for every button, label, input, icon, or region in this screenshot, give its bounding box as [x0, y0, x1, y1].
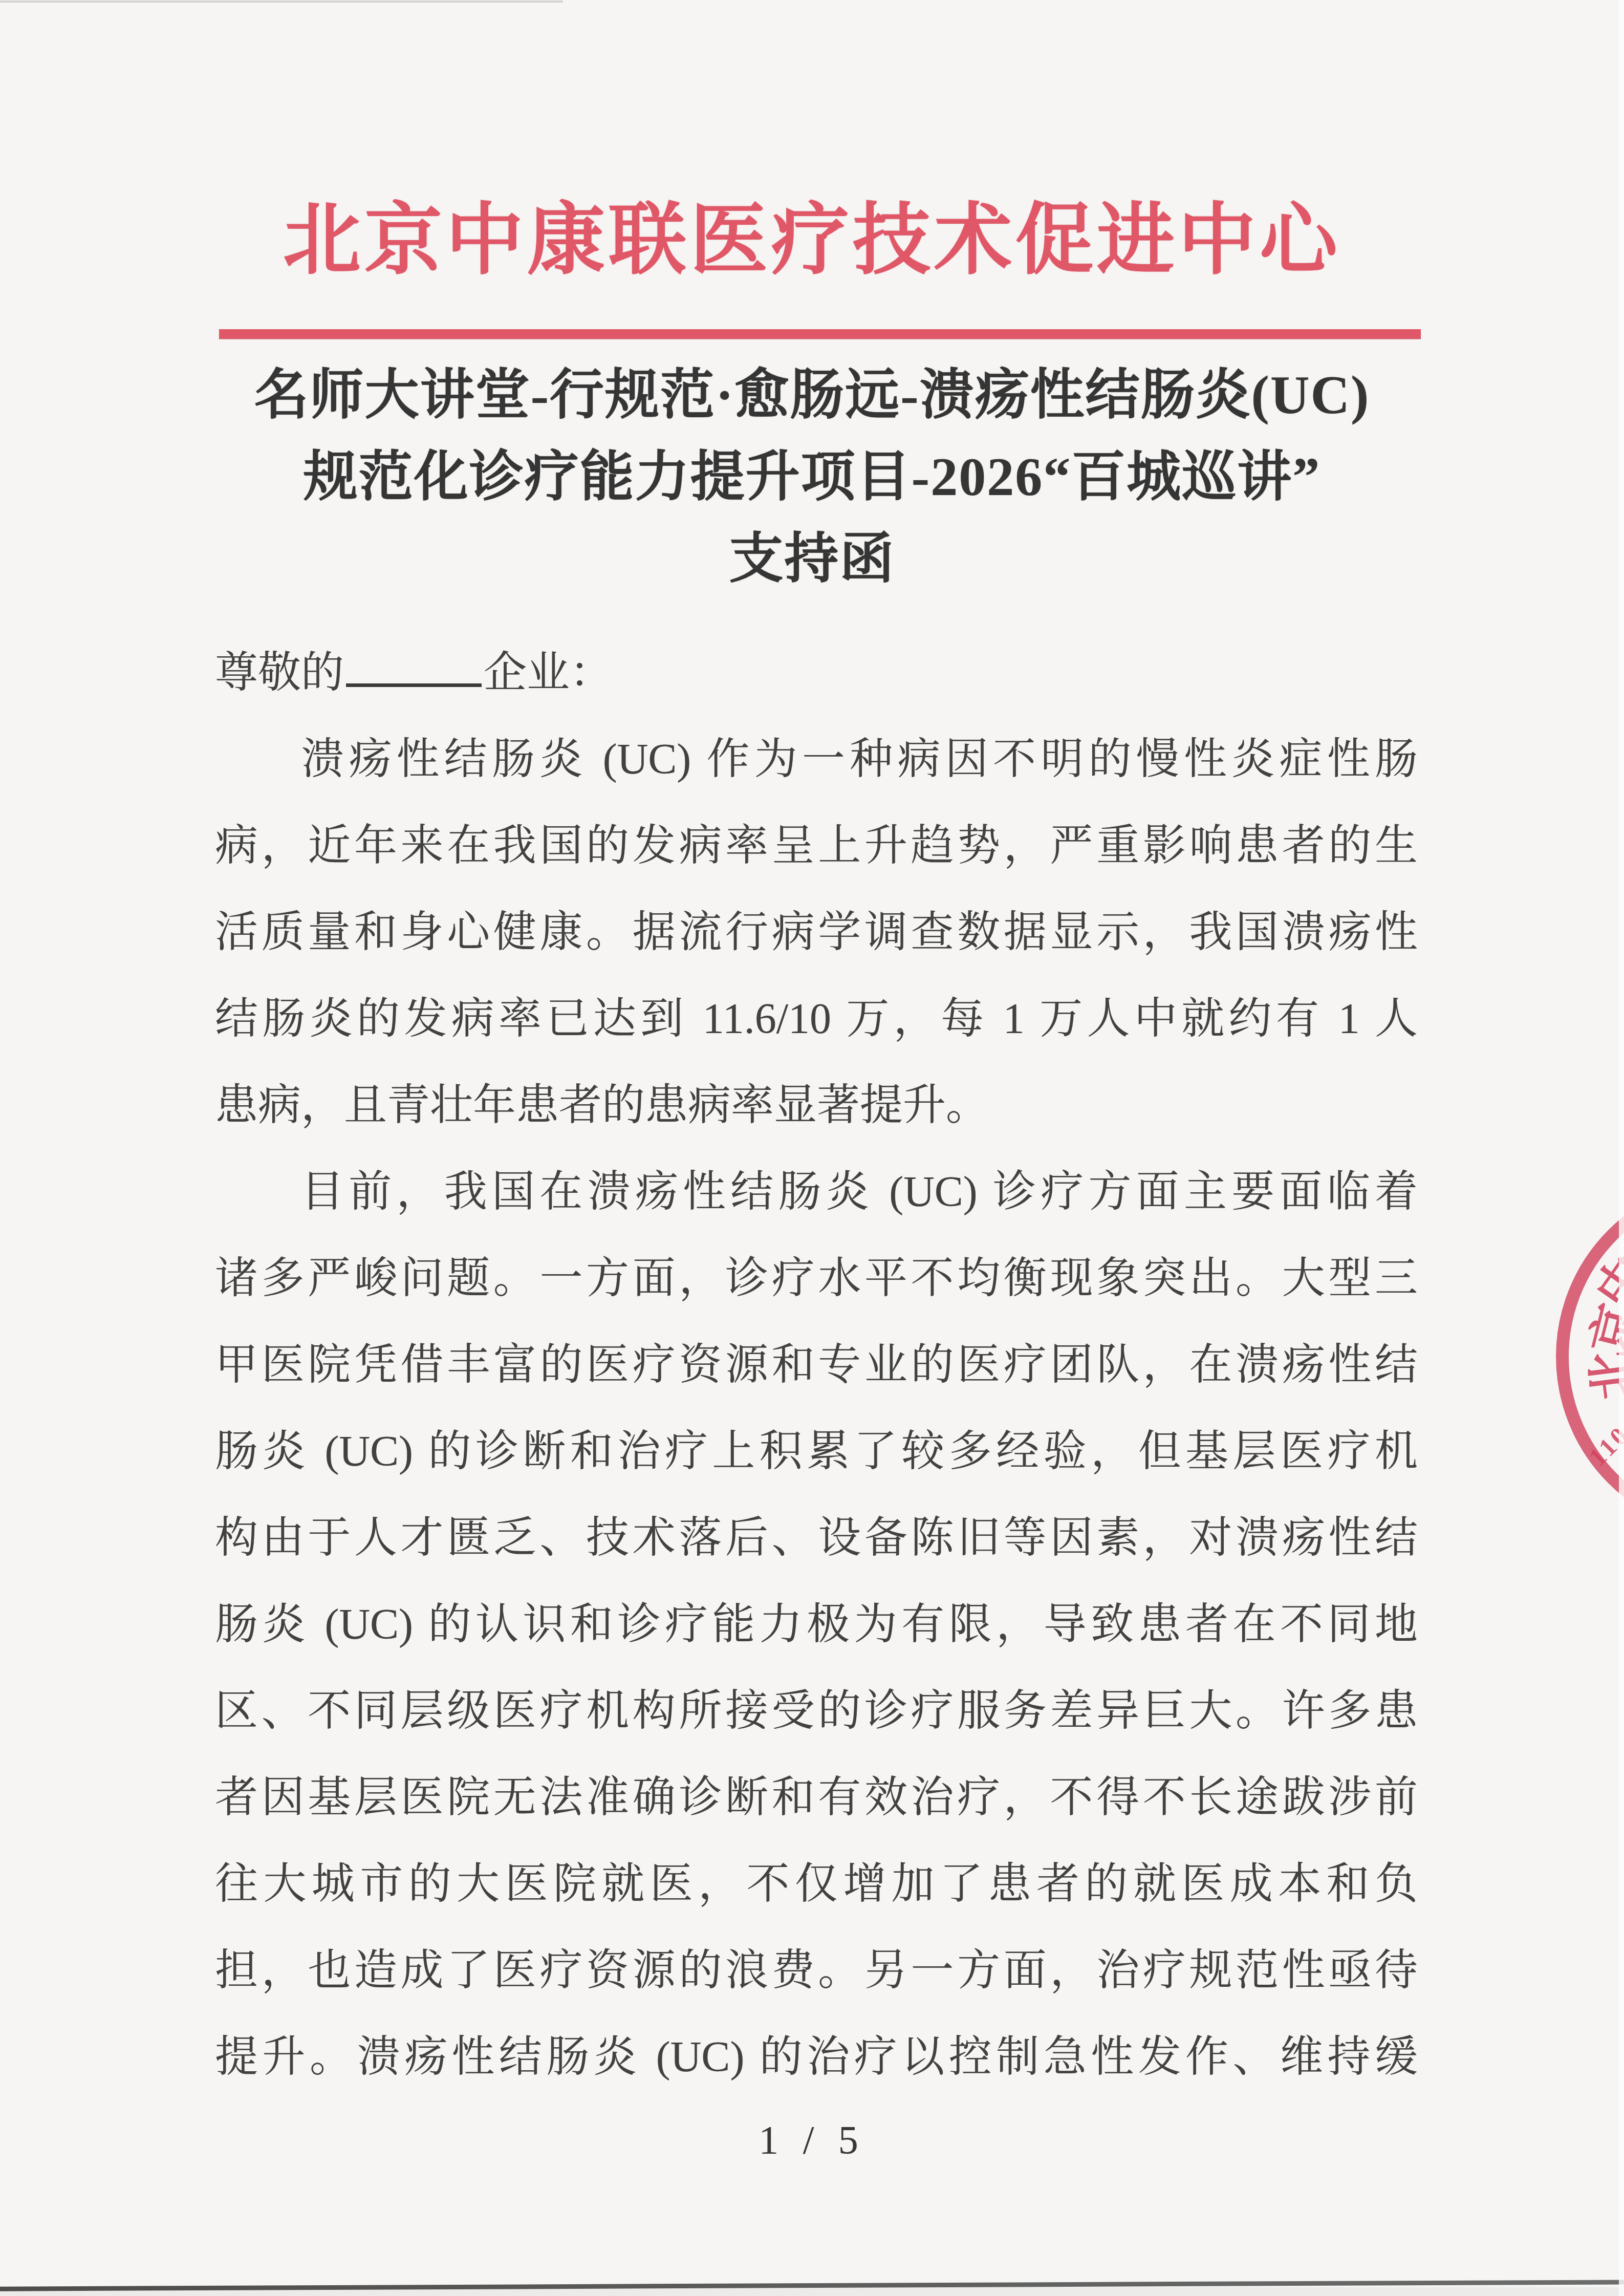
document-title-line: 规范化诊疗能力提升项目-2026“百城巡讲” [0, 436, 1624, 518]
scan-top-streak [0, 1, 563, 3]
body-line: 目前，我国在溃疡性结肠炎 (UC) 诊疗方面主要面临着 [215, 1149, 1418, 1235]
body-line: 构由于人才匮乏、技术落后、设备陈旧等因素，对溃疡性结 [215, 1495, 1418, 1581]
organization-header-title: 北京中康联医疗技术促进中心 [0, 194, 1624, 288]
body-line: 区、不同层级医疗机构所接受的诊疗服务差异巨大。许多患 [215, 1668, 1418, 1754]
seal-character: 北 [1585, 1348, 1624, 1403]
document-title-line: 名师大讲堂-行规范·愈肠远-溃疡性结肠炎(UC) [0, 354, 1624, 436]
body-line: 溃疡性结肠炎 (UC) 作为一种病因不明的慢性炎症性肠 [215, 716, 1418, 803]
salutation-prefix: 尊敬的 [215, 649, 344, 697]
body-text: 尊敬的企业： 溃疡性结肠炎 (UC) 作为一种病因不明的慢性炎症性肠病，近年来在… [215, 630, 1418, 2100]
scan-right-edge [1619, 0, 1624, 2296]
body-line: 患病，且青壮年患者的患病率显著提升。 [215, 1062, 1418, 1149]
body-line: 病，近年来在我国的发病率呈上升趋势，严重影响患者的生 [215, 803, 1418, 889]
body-line: 诸多严峻问题。一方面，诊疗水平不均衡现象突出。大型三 [215, 1235, 1418, 1322]
header-divider-rule [219, 329, 1421, 339]
body-line: 肠炎 (UC) 的诊断和治疗上积累了较多经验，但基层医疗机 [215, 1408, 1418, 1495]
document-title: 名师大讲堂-行规范·愈肠远-溃疡性结肠炎(UC)规范化诊疗能力提升项目-2026… [0, 354, 1624, 600]
body-line: 往大城市的大医院就医，不仅增加了患者的就医成本和负 [215, 1841, 1418, 1927]
body-line: 结肠炎的发病率已达到 11.6/10 万，每 1 万人中就约有 1 人 [215, 976, 1418, 1062]
body-line: 甲医院凭借丰富的医疗资源和专业的医疗团队，在溃疡性结 [215, 1322, 1418, 1408]
body-line: 担，也造成了医疗资源的浪费。另一方面，治疗规范性亟待 [215, 1927, 1418, 2014]
body-line: 提升。溃疡性结肠炎 (UC) 的治疗以控制急性发作、维持缓 [215, 2014, 1418, 2100]
official-red-seal: 中 京 北 110 [1556, 1177, 1624, 1536]
salutation-line: 尊敬的企业： [215, 630, 1418, 716]
document-title-line: 支持函 [0, 518, 1624, 600]
fill-in-blank-underline [346, 640, 482, 687]
salutation-suffix: 企业： [484, 649, 613, 697]
page-number: 1 / 5 [0, 2109, 1624, 2171]
seal-code-digits: 110 [1583, 1420, 1624, 1472]
body-line: 者因基层医院无法准确诊断和有效治疗，不得不长途跋涉前 [215, 1754, 1418, 1841]
scanned-letter-page: 北京中康联医疗技术促进中心 名师大讲堂-行规范·愈肠远-溃疡性结肠炎(UC)规范… [0, 0, 1624, 2296]
body-line: 活质量和身心健康。据流行病学调查数据显示，我国溃疡性 [215, 889, 1418, 976]
body-line: 肠炎 (UC) 的认识和诊疗能力极为有限，导致患者在不同地 [215, 1581, 1418, 1668]
